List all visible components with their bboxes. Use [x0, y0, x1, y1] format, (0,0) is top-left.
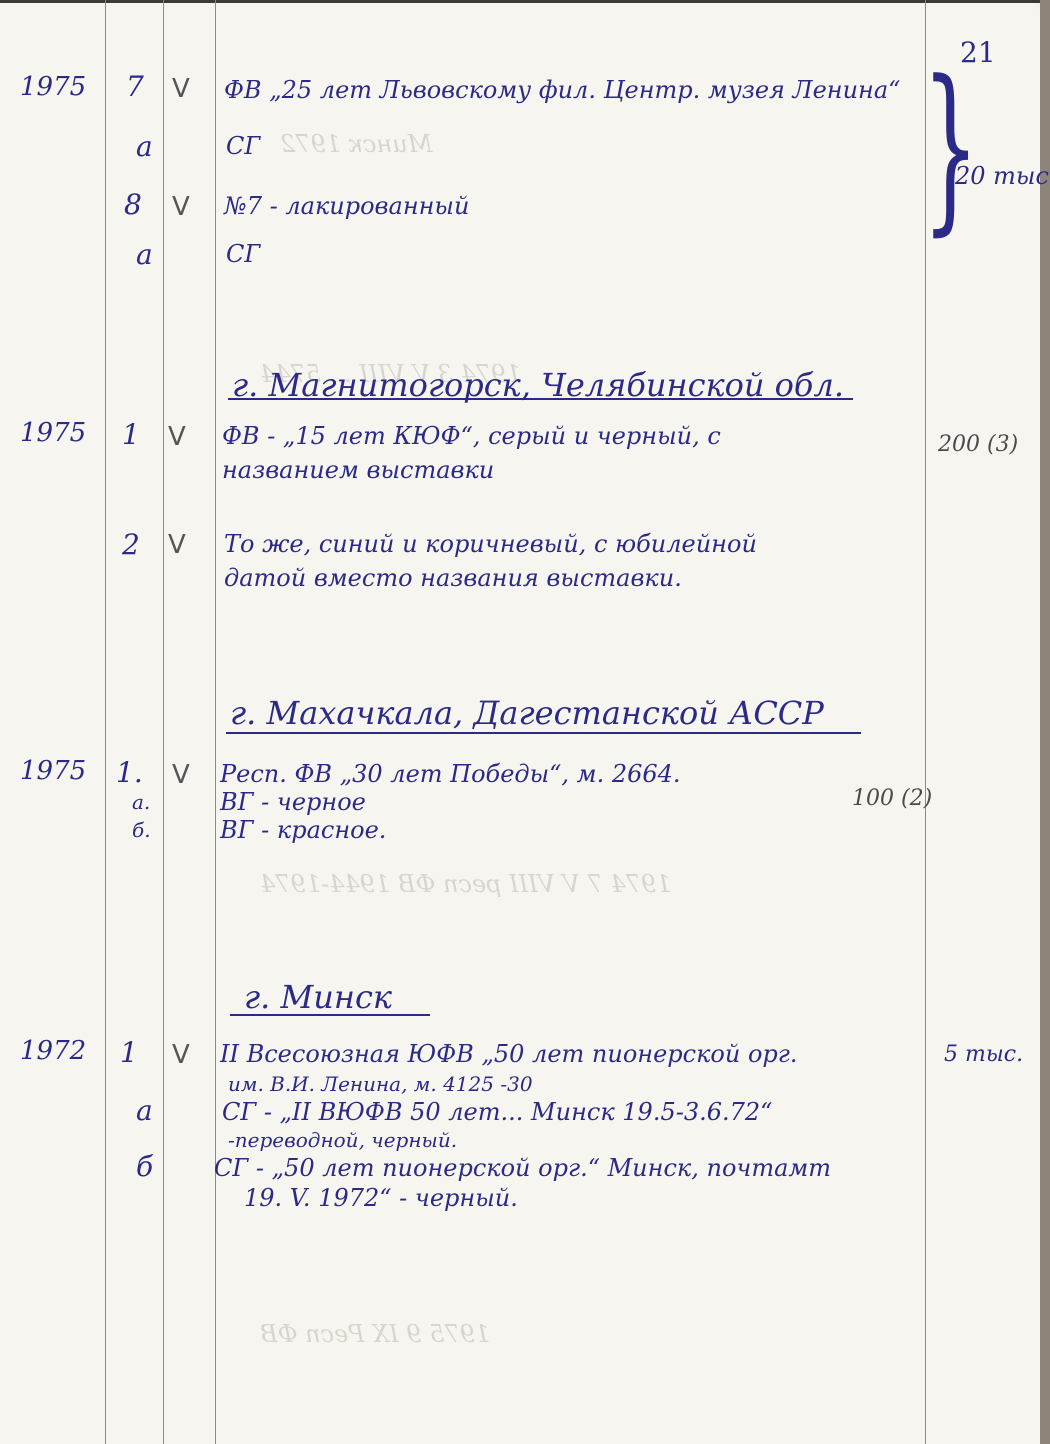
entry-number: б: [136, 1150, 153, 1183]
entry-number: a: [136, 1094, 153, 1127]
entry-note: 5 тыс.: [944, 1042, 1023, 1067]
entry-number: 1: [122, 418, 140, 451]
column-rule-check: [215, 0, 216, 1444]
entry-note: 200 (3): [938, 432, 1018, 457]
entry-text-continued: датой вместо названия выставки.: [224, 564, 682, 592]
bleed-through-text: Минск 1972: [280, 130, 432, 158]
entry-text-continued: 19. V. 1972“ - черный.: [244, 1184, 518, 1212]
entry-number: 8: [124, 188, 142, 221]
heading-underline: [228, 398, 853, 400]
entry-text: II Всесоюзная ЮФВ „50 лет пионерской орг…: [220, 1040, 798, 1068]
page-top-edge: [0, 0, 1050, 3]
check-mark: V: [172, 74, 190, 104]
entry-number: 7: [126, 70, 144, 103]
bleed-through-text: 1975 9 IX Респ ФВ: [260, 1320, 490, 1348]
check-mark: V: [172, 1040, 190, 1070]
check-mark: V: [172, 192, 190, 222]
entry-year: 1975: [20, 756, 86, 786]
entry-number: а.: [132, 790, 150, 814]
entry-number: 1: [120, 1036, 138, 1069]
entry-number: a: [136, 238, 153, 271]
entry-number: 1.: [116, 756, 143, 789]
entry-text: СГ - „50 лет пионерской орг.“ Минск, поч…: [214, 1154, 831, 1182]
check-mark: V: [168, 422, 186, 452]
entry-year: 1975: [20, 418, 86, 448]
entry-text-continued: им. В.И. Ленина, м. 4125 -30: [228, 1072, 533, 1096]
entry-text: №7 - лакированный: [224, 192, 469, 220]
column-rule-number: [163, 0, 164, 1444]
city-heading: г. Махачкала, Дагестанской АССР: [230, 694, 824, 732]
check-mark: V: [168, 530, 186, 560]
entry-text: СГ - „II ВЮФВ 50 лет... Минск 19.5-3.6.7…: [222, 1098, 772, 1126]
heading-underline: [230, 1014, 430, 1016]
page-right-edge: [1040, 0, 1050, 1444]
check-mark: V: [172, 760, 190, 790]
entry-note: 100 (2): [852, 786, 932, 811]
column-rule-year: [105, 0, 106, 1444]
entry-text: ВГ - красное.: [220, 816, 386, 844]
city-heading: г. Минск: [244, 978, 392, 1016]
entry-year: 1972: [20, 1036, 86, 1066]
entry-text-continued: названием выставки: [222, 456, 494, 484]
entry-text: ФВ „25 лет Львовскому фил. Центр. музея …: [224, 76, 900, 104]
entry-text: СГ: [226, 132, 260, 160]
entry-number: б.: [132, 818, 151, 842]
entry-number: 2: [122, 528, 140, 561]
entry-text-continued: -переводной, черный.: [228, 1128, 457, 1152]
entry-text: ФВ - „15 лет КЮФ“, серый и черный, с: [222, 422, 721, 450]
entry-text: То же, синий и коричневый, с юбилейной: [224, 530, 757, 558]
heading-underline: [226, 732, 861, 734]
entry-text: Респ. ФВ „30 лет Победы“, м. 2664.: [220, 760, 681, 788]
entry-number: a: [136, 130, 153, 163]
entry-text: ВГ - черное: [220, 788, 366, 816]
bleed-through-text: 1974 7 V VIII респ ФВ 1944-1974: [260, 870, 672, 898]
grouping-brace: }: [922, 58, 979, 238]
entry-text: СГ: [226, 240, 260, 268]
entry-note: 20 тыс: [955, 162, 1049, 190]
entry-year: 1975: [20, 72, 86, 102]
